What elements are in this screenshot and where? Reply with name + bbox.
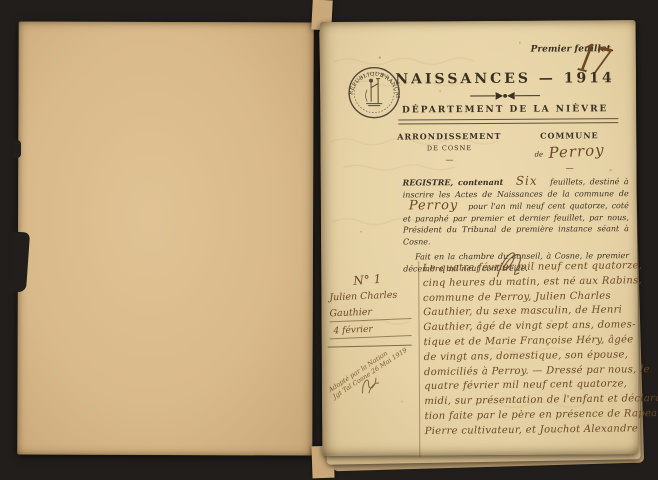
commune-name-handwritten: Perroy — [409, 198, 459, 213]
commune-prefix: de — [535, 151, 544, 159]
act-number: N° 1 — [353, 269, 416, 288]
dash-ornament: — — [396, 155, 502, 165]
page-edge-nick — [13, 140, 21, 158]
child-surname: Gauthier — [329, 305, 415, 320]
birth-act-text: Le quatre février mil neuf cent quatorze… — [423, 259, 637, 439]
arrondissement-value: DE COSNE — [396, 144, 502, 153]
register-first-leaf-page: Premier feuillet. 17 RÉPUBLIQUE FRANÇAIS… — [320, 20, 639, 456]
left-blank-page — [17, 21, 314, 455]
act-margin-annotations: N° 1 Julien Charles Gauthier 4 février A… — [327, 271, 416, 399]
registre-lead: REGISTRE, contenant — [403, 177, 504, 188]
department-heading: DÉPARTEMENT DE LA NIÈVRE — [380, 104, 630, 116]
act-line: Pierre cultivateur, et Jouchot Alexandre — [425, 422, 637, 440]
arrondissement-block: ARRONDISSEMENT DE COSNE — — [396, 131, 502, 165]
feuillets-count-handwritten: Six — [516, 174, 538, 188]
arrondissement-label: ARRONDISSEMENT — [396, 131, 502, 142]
page-title: NAISSANCES — 1914 — [380, 70, 630, 88]
commune-handwritten-name: Perroy — [548, 141, 605, 162]
child-given-names: Julien Charles — [329, 289, 415, 304]
dash-ornament: — — [514, 163, 626, 173]
photograph-background: Premier feuillet. 17 RÉPUBLIQUE FRANÇAIS… — [0, 0, 658, 480]
commune-block: COMMUNE de Perroy — — [513, 130, 625, 173]
decorative-divider-icon — [470, 91, 540, 101]
commune-label: COMMUNE — [513, 130, 625, 141]
